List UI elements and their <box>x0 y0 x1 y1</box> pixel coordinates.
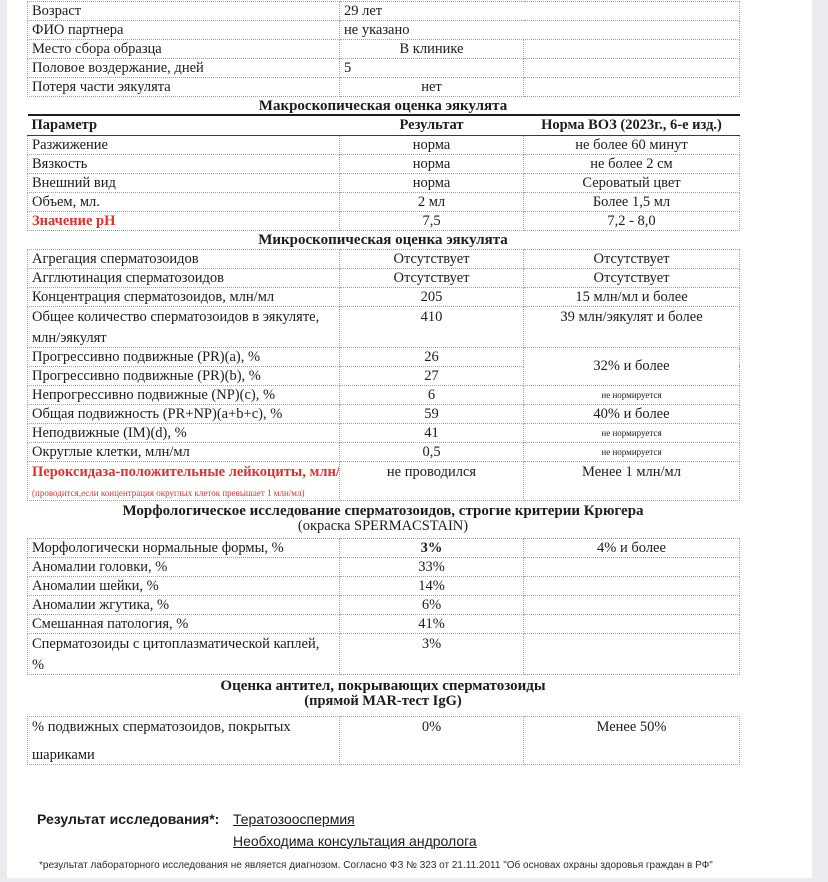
patient-info-table: Возраст 29 лет ФИО партнера не указано М… <box>27 1 740 97</box>
param-cell: Округлые клетки, млн/мл <box>28 442 340 461</box>
norm-cell <box>524 633 740 674</box>
morph-table: Морфологически нормальные формы, % 3% 4%… <box>27 538 740 675</box>
result-cell: 41% <box>340 614 524 633</box>
table-row: Аномалии шейки, % 14% <box>28 576 740 595</box>
result-cell: 2 мл <box>340 192 524 211</box>
conclusion-values: Тератозооспермия Необходима консультация… <box>233 810 477 854</box>
result-cell: 0% <box>340 716 524 764</box>
table-row: Агглютинация сперматозоидов Отсутствует … <box>28 268 740 287</box>
empty-cell <box>524 78 740 97</box>
param-cell: Прогрессивно подвижные (PR)(b), % <box>28 366 340 385</box>
norm-cell <box>524 576 740 595</box>
table-row: Агрегация сперматозоидов Отсутствует Отс… <box>28 249 740 268</box>
patient-value-abstinence: 5 <box>340 59 524 78</box>
conclusion-label: Результат исследования*: <box>37 810 233 828</box>
column-header-result: Результат <box>340 115 524 135</box>
norm-cell-merged: 32% и более <box>524 347 740 385</box>
macro-header-row: Параметр Результат Норма ВОЗ (2023г., 6-… <box>28 115 740 135</box>
morph-section-subtitle: (окраска SPERMACSTAIN) <box>27 519 739 534</box>
result-cell: норма <box>340 173 524 192</box>
param-cell-ph: Значение pH <box>28 211 340 230</box>
table-row: Аномалии жгутика, % 6% <box>28 595 740 614</box>
param-line-1: % подвижных сперматозоидов, покрытых <box>32 718 335 736</box>
param-cell: Морфологически нормальные формы, % <box>28 538 340 557</box>
result-cell: 205 <box>340 287 524 306</box>
param-cell-leukocytes: Пероксидаза-положительные лейкоциты, млн… <box>28 461 340 500</box>
norm-cell: 39 млн/эякулят и более <box>524 306 740 347</box>
result-cell: 7,5 <box>340 211 524 230</box>
legal-footnote: *результат лабораторного исследования не… <box>39 860 739 872</box>
param-cell: Внешний вид <box>28 173 340 192</box>
table-row: Непрогрессивно подвижные (NP)(c), % 6 не… <box>28 385 740 404</box>
mar-table: % подвижных сперматозоидов, покрытых шар… <box>27 716 740 765</box>
norm-cell: не нормируется <box>524 423 740 442</box>
norm-cell <box>524 614 740 633</box>
norm-cell: 7,2 - 8,0 <box>524 211 740 230</box>
patient-value-partner: не указано <box>340 21 740 40</box>
norm-cell <box>524 595 740 614</box>
param-cell: Аномалии жгутика, % <box>28 595 340 614</box>
patient-label-abstinence: Половое воздержание, дней <box>28 59 340 78</box>
param-cell: Неподвижные (IM)(d), % <box>28 423 340 442</box>
patient-label-partner: ФИО партнера <box>28 21 340 40</box>
conclusion-diagnosis: Тератозооспермия <box>233 810 477 828</box>
param-cell: Аномалии шейки, % <box>28 576 340 595</box>
param-cell: Непрогрессивно подвижные (NP)(c), % <box>28 385 340 404</box>
param-line-2: млн/эякулят <box>32 329 335 347</box>
empty-cell <box>524 40 740 59</box>
norm-cell: Более 1,5 мл <box>524 192 740 211</box>
table-row: % подвижных сперматозоидов, покрытых шар… <box>28 716 740 764</box>
table-row: Общая подвижность (PR+NP)(a+b+c), % 59 4… <box>28 404 740 423</box>
norm-cell: 15 млн/мл и более <box>524 287 740 306</box>
conclusion-block: Результат исследования*: Тератозоосперми… <box>37 810 739 854</box>
result-cell: 6% <box>340 595 524 614</box>
norm-cell: 40% и более <box>524 404 740 423</box>
patient-value-sample-loss: нет <box>340 78 524 97</box>
norm-cell: 4% и более <box>524 538 740 557</box>
table-row: Концентрация сперматозоидов, млн/мл 205 … <box>28 287 740 306</box>
table-row: Потеря части эякулята нет <box>28 78 740 97</box>
param-line-1: Пероксидаза-положительные лейкоциты, млн… <box>32 463 335 481</box>
table-row: Внешний вид норма Сероватый цвет <box>28 173 740 192</box>
table-row: Морфологически нормальные формы, % 3% 4%… <box>28 538 740 557</box>
empty-cell <box>524 59 740 78</box>
micro-section-title: Микроскопическая оценка эякулята <box>27 232 739 248</box>
morph-section-title: Морфологическое исследование сперматозои… <box>27 503 739 519</box>
table-row: Разжижение норма не более 60 минут <box>28 135 740 154</box>
table-row: Округлые клетки, млн/мл 0,5 не нормирует… <box>28 442 740 461</box>
patient-value-age: 29 лет <box>340 2 740 21</box>
param-cell: Вязкость <box>28 154 340 173</box>
norm-cell: Менее 50% <box>524 716 740 764</box>
table-row: Неподвижные (IM)(d), % 41 не нормируется <box>28 423 740 442</box>
result-cell: 33% <box>340 557 524 576</box>
result-cell: 59 <box>340 404 524 423</box>
table-row: Объем, мл. 2 мл Более 1,5 мл <box>28 192 740 211</box>
table-row: Прогрессивно подвижные (PR)(a), % 26 32%… <box>28 347 740 366</box>
result-cell: Отсутствует <box>340 249 524 268</box>
table-row: Сперматозоиды с цитоплазматической капле… <box>28 633 740 674</box>
column-header-norm: Норма ВОЗ (2023г., 6-е изд.) <box>524 115 740 135</box>
norm-cell: Менее 1 млн/мл <box>524 461 740 500</box>
patient-value-collection-place: В клинике <box>340 40 524 59</box>
param-cell: Агрегация сперматозоидов <box>28 249 340 268</box>
result-cell: 3% <box>340 538 524 557</box>
norm-cell: не нормируется <box>524 442 740 461</box>
result-cell: 3% <box>340 633 524 674</box>
table-row: Половое воздержание, дней 5 <box>28 59 740 78</box>
param-cell: Разжижение <box>28 135 340 154</box>
param-cell: Аномалии головки, % <box>28 557 340 576</box>
result-cell: Отсутствует <box>340 268 524 287</box>
table-row: Значение pH 7,5 7,2 - 8,0 <box>28 211 740 230</box>
result-cell: 6 <box>340 385 524 404</box>
norm-cell: Отсутствует <box>524 249 740 268</box>
table-row: ФИО партнера не указано <box>28 21 740 40</box>
param-cell: Общее количество сперматозоидов в эякуля… <box>28 306 340 347</box>
norm-cell: Отсутствует <box>524 268 740 287</box>
norm-cell: не нормируется <box>524 385 740 404</box>
param-cell: Общая подвижность (PR+NP)(a+b+c), % <box>28 404 340 423</box>
result-cell: не проводился <box>340 461 524 500</box>
result-cell: норма <box>340 135 524 154</box>
report-content: Возраст 29 лет ФИО партнера не указано М… <box>27 1 739 872</box>
norm-cell <box>524 557 740 576</box>
param-cell: Сперматозоиды с цитоплазматической капле… <box>28 633 340 674</box>
result-cell: 410 <box>340 306 524 347</box>
result-cell: 41 <box>340 423 524 442</box>
patient-label-collection-place: Место сбора образца <box>28 40 340 59</box>
param-line-2: шариками <box>32 746 335 764</box>
param-note: (проводится,если концентрация округлых к… <box>32 488 335 499</box>
report-page: Возраст 29 лет ФИО партнера не указано М… <box>7 0 812 878</box>
param-cell: Прогрессивно подвижные (PR)(a), % <box>28 347 340 366</box>
macro-section-title: Макроскопическая оценка эякулята <box>27 98 739 114</box>
table-row: Смешанная патология, % 41% <box>28 614 740 633</box>
param-cell: Концентрация сперматозоидов, млн/мл <box>28 287 340 306</box>
result-cell: 26 <box>340 347 524 366</box>
result-cell: 27 <box>340 366 524 385</box>
norm-cell: не более 2 см <box>524 154 740 173</box>
macro-table: Параметр Результат Норма ВОЗ (2023г., 6-… <box>27 114 740 231</box>
param-cell: Объем, мл. <box>28 192 340 211</box>
table-row: Возраст 29 лет <box>28 2 740 21</box>
micro-table: Агрегация сперматозоидов Отсутствует Отс… <box>27 249 740 501</box>
param-cell: Агглютинация сперматозоидов <box>28 268 340 287</box>
mar-section-title: Оценка антител, покрывающих сперматозоид… <box>27 678 739 694</box>
norm-cell: Сероватый цвет <box>524 173 740 192</box>
table-row: Пероксидаза-положительные лейкоциты, млн… <box>28 461 740 500</box>
conclusion-recommendation: Необходима консультация андролога <box>233 832 477 850</box>
param-cell: Смешанная патология, % <box>28 614 340 633</box>
param-cell: % подвижных сперматозоидов, покрытых шар… <box>28 716 340 764</box>
mar-section-subtitle: (прямой MAR-тест IgG) <box>27 694 739 709</box>
table-row: Аномалии головки, % 33% <box>28 557 740 576</box>
column-header-param: Параметр <box>28 115 340 135</box>
result-cell: 14% <box>340 576 524 595</box>
table-row: Вязкость норма не более 2 см <box>28 154 740 173</box>
param-line-2: % <box>32 656 335 674</box>
table-row: Место сбора образца В клинике <box>28 40 740 59</box>
table-row: Общее количество сперматозоидов в эякуля… <box>28 306 740 347</box>
param-line-1: Общее количество сперматозоидов в эякуля… <box>32 308 335 326</box>
result-cell: 0,5 <box>340 442 524 461</box>
param-line-1: Сперматозоиды с цитоплазматической капле… <box>32 635 335 653</box>
norm-cell: не более 60 минут <box>524 135 740 154</box>
patient-label-age: Возраст <box>28 2 340 21</box>
patient-label-sample-loss: Потеря части эякулята <box>28 78 340 97</box>
result-cell: норма <box>340 154 524 173</box>
